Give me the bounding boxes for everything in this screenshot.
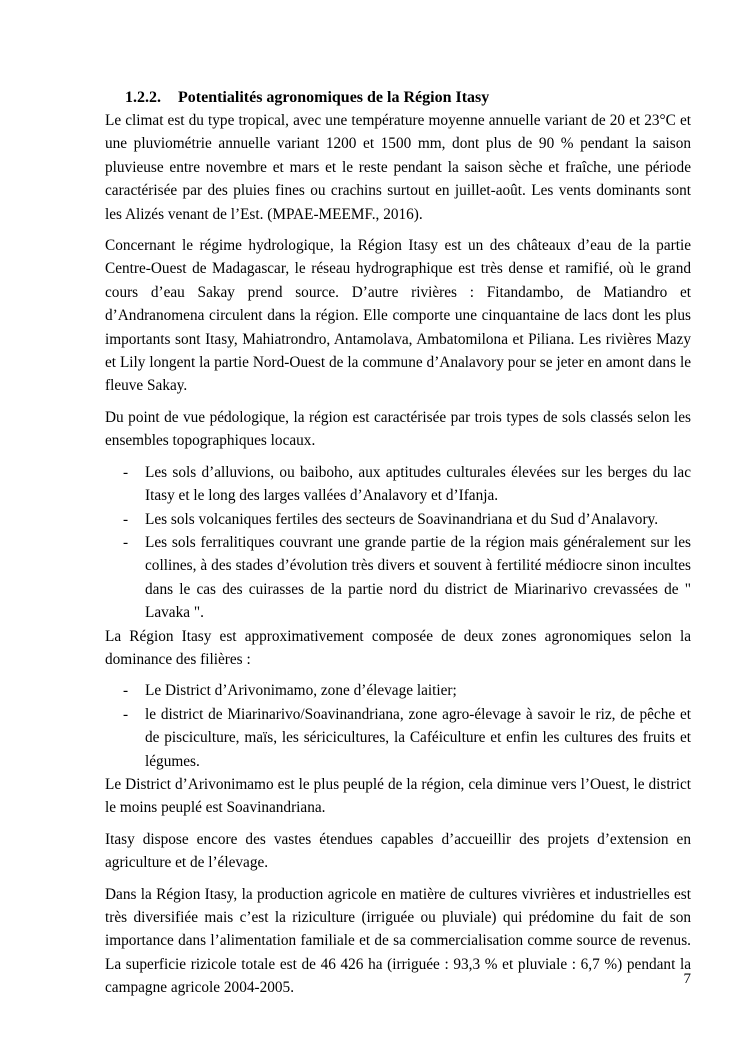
list-item-zone-miarinarivo: le district de Miarinarivo/Soavinandrian… xyxy=(105,703,691,773)
page-number: 7 xyxy=(684,970,692,988)
section-heading-title: Potentialités agronomiques de la Région … xyxy=(178,89,489,106)
document-content: 1.2.2.Potentialités agronomiques de la R… xyxy=(105,86,691,1000)
list-item-zone-arivonimamo: Le District d’Arivonimamo, zone d’élevag… xyxy=(105,679,691,702)
paragraph-agricultural-production: Dans la Région Itasy, la production agri… xyxy=(105,883,691,1000)
paragraph-extension-projects: Itasy dispose encore des vastes étendues… xyxy=(105,828,691,875)
list-item-soil-alluvions: Les sols d’alluvions, ou baiboho, aux ap… xyxy=(105,461,691,508)
paragraph-zones-intro: La Région Itasy est approximativement co… xyxy=(105,625,691,672)
section-heading-number: 1.2.2. xyxy=(125,89,161,106)
paragraph-hydrology: Concernant le régime hydrologique, la Ré… xyxy=(105,234,691,398)
document-page: 1.2.2.Potentialités agronomiques de la R… xyxy=(0,0,745,1053)
list-item-soil-volcaniques: Les sols volcaniques fertiles des secteu… xyxy=(105,508,691,531)
agronomic-zones-list: Le District d’Arivonimamo, zone d’élevag… xyxy=(105,679,691,773)
paragraph-climate: Le climat est du type tropical, avec une… xyxy=(105,109,691,226)
section-heading: 1.2.2.Potentialités agronomiques de la R… xyxy=(125,86,691,109)
soil-types-list: Les sols d’alluvions, ou baiboho, aux ap… xyxy=(105,461,691,625)
paragraph-population: Le District d’Arivonimamo est le plus pe… xyxy=(105,773,691,820)
list-item-soil-ferralitiques: Les sols ferralitiques couvrant une gran… xyxy=(105,531,691,625)
paragraph-pedology-intro: Du point de vue pédologique, la région e… xyxy=(105,406,691,453)
